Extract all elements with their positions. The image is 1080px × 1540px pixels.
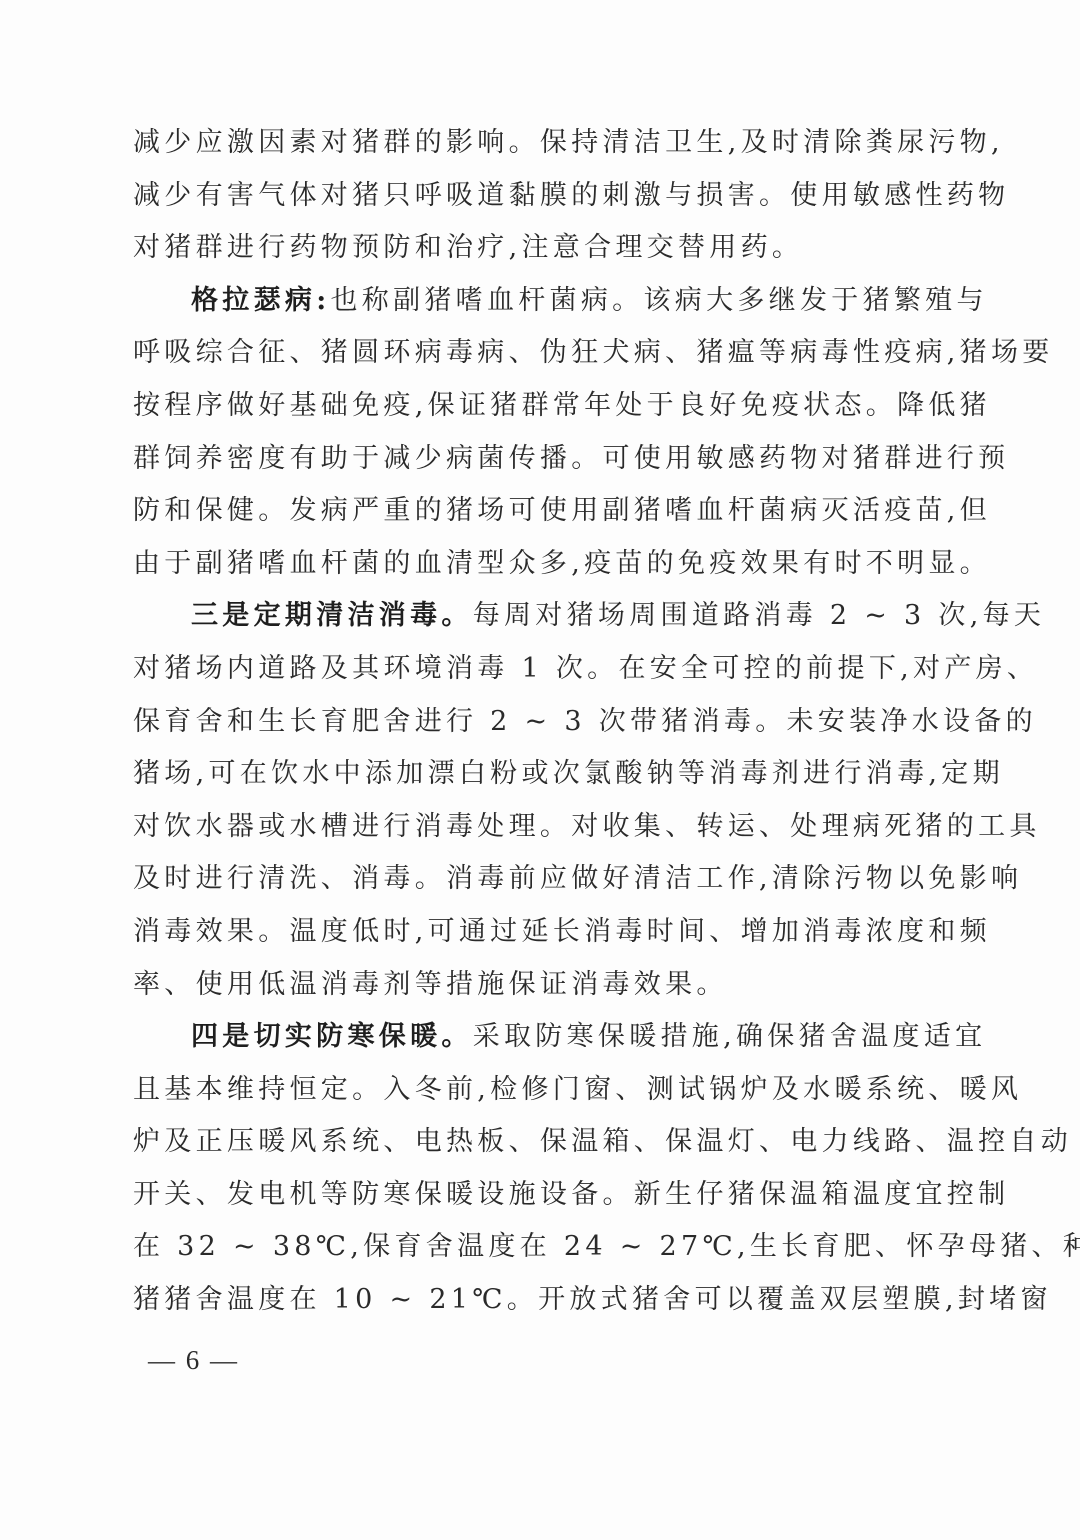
text-line: 炉及正压暖风系统、电热板、保温箱、保温灯、电力线路、温控自动 — [133, 1116, 947, 1169]
document-page: 减少应激因素对猪群的影响。保持清洁卫生,及时清除粪尿污物, 减少有害气体对猪只呼… — [0, 0, 1080, 1540]
text-line: 在 32 ~ 38℃,保育舍温度在 24 ~ 27℃,生长育肥、怀孕母猪、种公 — [133, 1221, 947, 1274]
text-line: 按程序做好基础免疫,保证猪群常年处于良好免疫状态。降低猪 — [133, 380, 947, 433]
text-line: 且基本维持恒定。入冬前,检修门窗、测试锅炉及水暖系统、暖风 — [133, 1064, 947, 1117]
paragraph-first-line: 格拉瑟病:也称副猪嗜血杆菌病。该病大多继发于猪繁殖与 — [133, 275, 947, 328]
text-span: 采取防寒保暖措施,确保猪舍温度适宜 — [473, 1021, 987, 1052]
text-line: 及时进行清洗、消毒。消毒前应做好清洁工作,清除污物以免影响 — [133, 853, 947, 906]
text-line: 开关、发电机等防寒保暖设施设备。新生仔猪保温箱温度宜控制 — [133, 1169, 947, 1222]
document-body: 减少应激因素对猪群的影响。保持清洁卫生,及时清除粪尿污物, 减少有害气体对猪只呼… — [133, 117, 947, 1327]
paragraph-heading: 格拉瑟病: — [191, 285, 330, 316]
paragraph-heading: 三是定期清洁消毒。 — [191, 600, 473, 631]
text-line: 由于副猪嗜血杆菌的血清型众多,疫苗的免疫效果有时不明显。 — [133, 538, 947, 591]
text-span: 也称副猪嗜血杆菌病。该病大多继发于猪繁殖与 — [330, 285, 987, 316]
text-line: 对猪群进行药物预防和治疗,注意合理交替用药。 — [133, 222, 947, 275]
page-number: — 6 — — [148, 1345, 239, 1376]
text-line: 猪场,可在饮水中添加漂白粉或次氯酸钠等消毒剂进行消毒,定期 — [133, 748, 947, 801]
text-line: 保育舍和生长育肥舍进行 2 ~ 3 次带猪消毒。未安装净水设备的 — [133, 696, 947, 749]
text-line: 群饲养密度有助于减少病菌传播。可使用敏感药物对猪群进行预 — [133, 433, 947, 486]
paragraph-first-line: 四是切实防寒保暖。采取防寒保暖措施,确保猪舍温度适宜 — [133, 1011, 947, 1064]
text-line: 消毒效果。温度低时,可通过延长消毒时间、增加消毒浓度和频 — [133, 906, 947, 959]
text-line: 对猪场内道路及其环境消毒 1 次。在安全可控的前提下,对产房、 — [133, 643, 947, 696]
paragraph-first-line: 三是定期清洁消毒。每周对猪场周围道路消毒 2 ~ 3 次,每天 — [133, 590, 947, 643]
text-line: 率、使用低温消毒剂等措施保证消毒效果。 — [133, 959, 947, 1012]
text-line: 减少有害气体对猪只呼吸道黏膜的刺激与损害。使用敏感性药物 — [133, 170, 947, 223]
text-line: 防和保健。发病严重的猪场可使用副猪嗜血杆菌病灭活疫苗,但 — [133, 485, 947, 538]
text-line: 减少应激因素对猪群的影响。保持清洁卫生,及时清除粪尿污物, — [133, 117, 947, 170]
text-line: 呼吸综合征、猪圆环病毒病、伪狂犬病、猪瘟等病毒性疫病,猪场要 — [133, 327, 947, 380]
text-line: 对饮水器或水槽进行消毒处理。对收集、转运、处理病死猪的工具 — [133, 801, 947, 854]
paragraph-heading: 四是切实防寒保暖。 — [191, 1021, 473, 1052]
text-span: 每周对猪场周围道路消毒 2 ~ 3 次,每天 — [473, 600, 1046, 631]
text-line: 猪猪舍温度在 10 ~ 21℃。开放式猪舍可以覆盖双层塑膜,封堵窗 — [133, 1274, 947, 1327]
